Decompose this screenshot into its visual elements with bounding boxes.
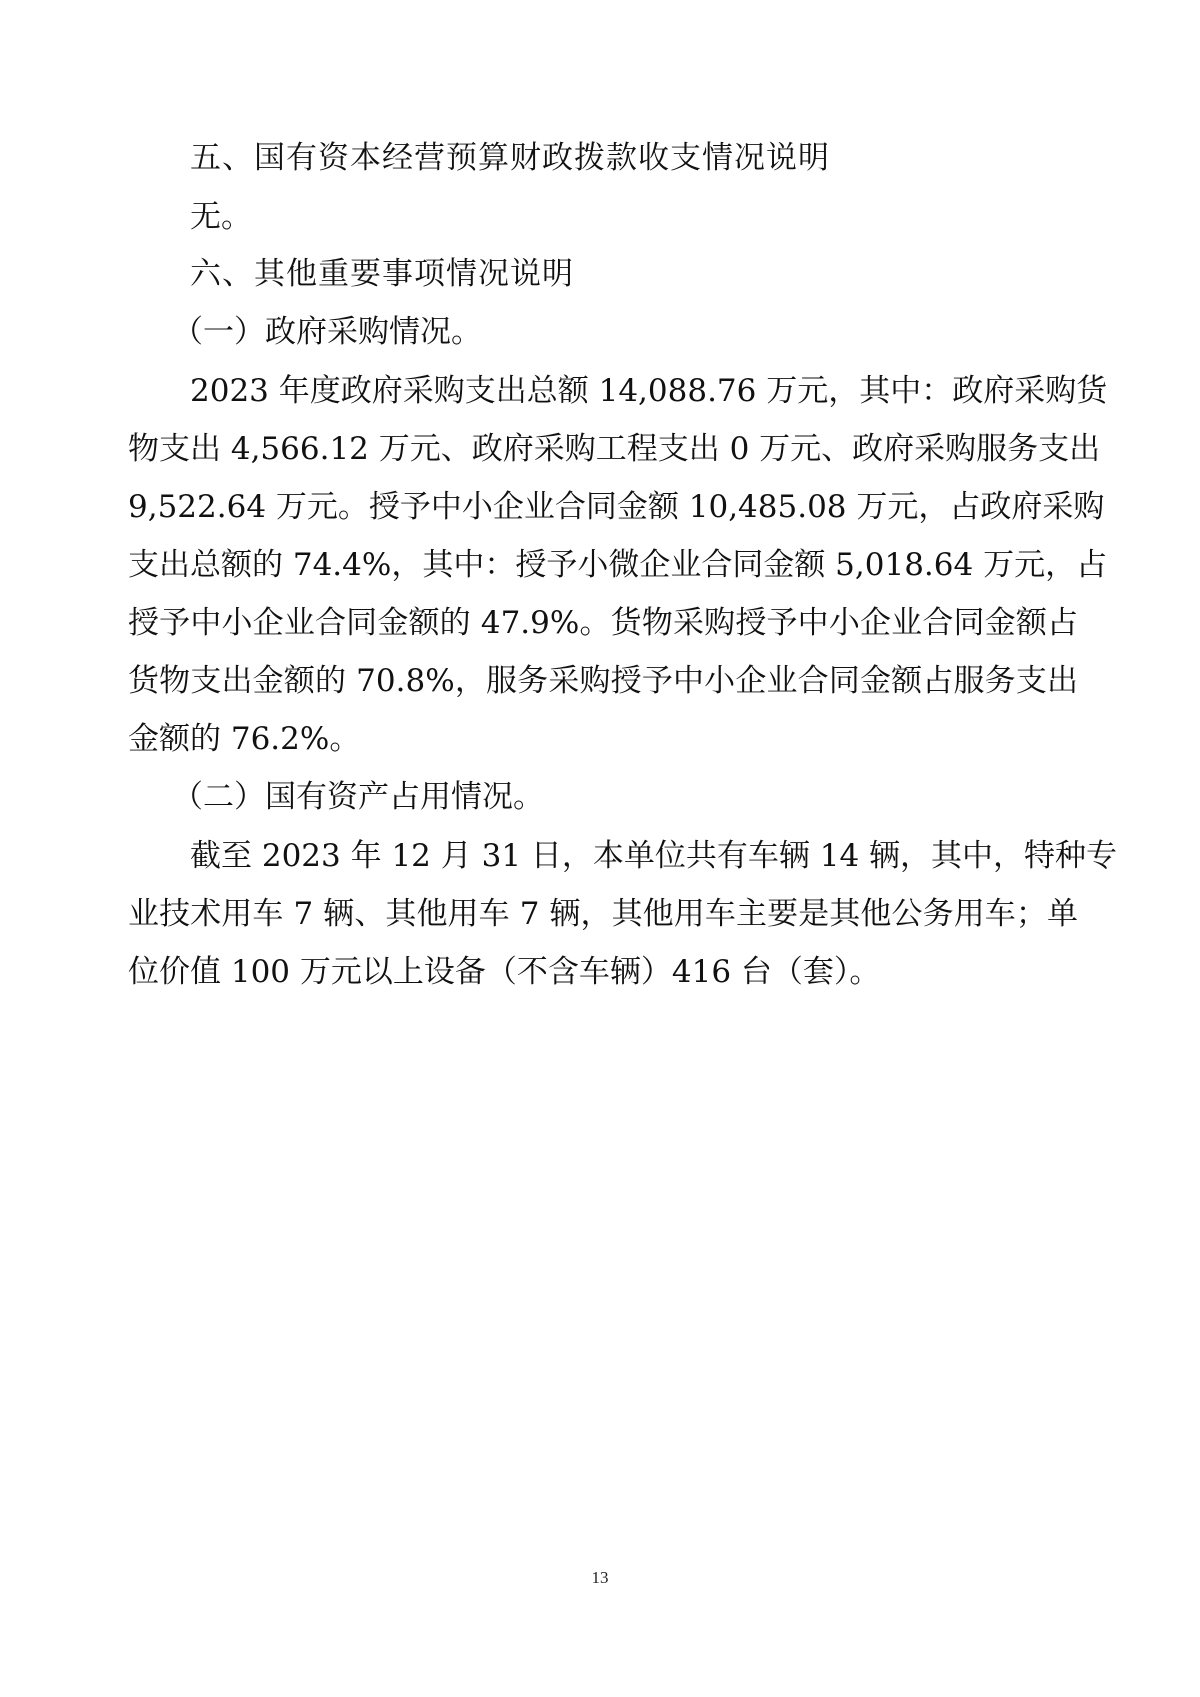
page-number: 13 — [0, 1568, 1200, 1588]
subsection-assets-heading: （二）国有资产占用情况。 — [172, 777, 1122, 817]
assets-paragraph-line: 位价值 100 万元以上设备（不含车辆）416 台（套）。 — [128, 952, 1078, 992]
procurement-paragraph-line: 授予中小企业合同金额的 47.9%。货物采购授予中小企业合同金额占 — [128, 603, 1078, 643]
procurement-paragraph-line: 支出总额的 74.4%，其中：授予小微企业合同金额 5,018.64 万元，占 — [128, 545, 1078, 585]
section-6-heading: 六、其他重要事项情况说明 — [190, 254, 1078, 294]
procurement-paragraph-line: 金额的 76.2%。 — [128, 719, 1078, 759]
section-5-body: 无。 — [190, 197, 1078, 237]
assets-paragraph-line: 截至 2023 年 12 月 31 日，本单位共有车辆 14 辆，其中，特种专 — [190, 836, 1078, 876]
assets-paragraph-line: 业技术用车 7 辆、其他用车 7 辆，其他用车主要是其他公务用车；单 — [128, 894, 1078, 934]
section-5-heading: 五、国有资本经营预算财政拨款收支情况说明 — [190, 138, 1078, 178]
procurement-paragraph-line: 9,522.64 万元。授予中小企业合同金额 10,485.08 万元，占政府采… — [128, 487, 1078, 527]
procurement-paragraph-line: 货物支出金额的 70.8%，服务采购授予中小企业合同金额占服务支出 — [128, 661, 1078, 701]
procurement-paragraph-line: 物支出 4,566.12 万元、政府采购工程支出 0 万元、政府采购服务支出 — [128, 429, 1078, 469]
procurement-paragraph-line: 2023 年度政府采购支出总额 14,088.76 万元，其中：政府采购货 — [190, 371, 1078, 411]
document-page: 五、国有资本经营预算财政拨款收支情况说明 无。 六、其他重要事项情况说明 （一）… — [0, 0, 1200, 1697]
subsection-procurement-heading: （一）政府采购情况。 — [172, 312, 1122, 352]
